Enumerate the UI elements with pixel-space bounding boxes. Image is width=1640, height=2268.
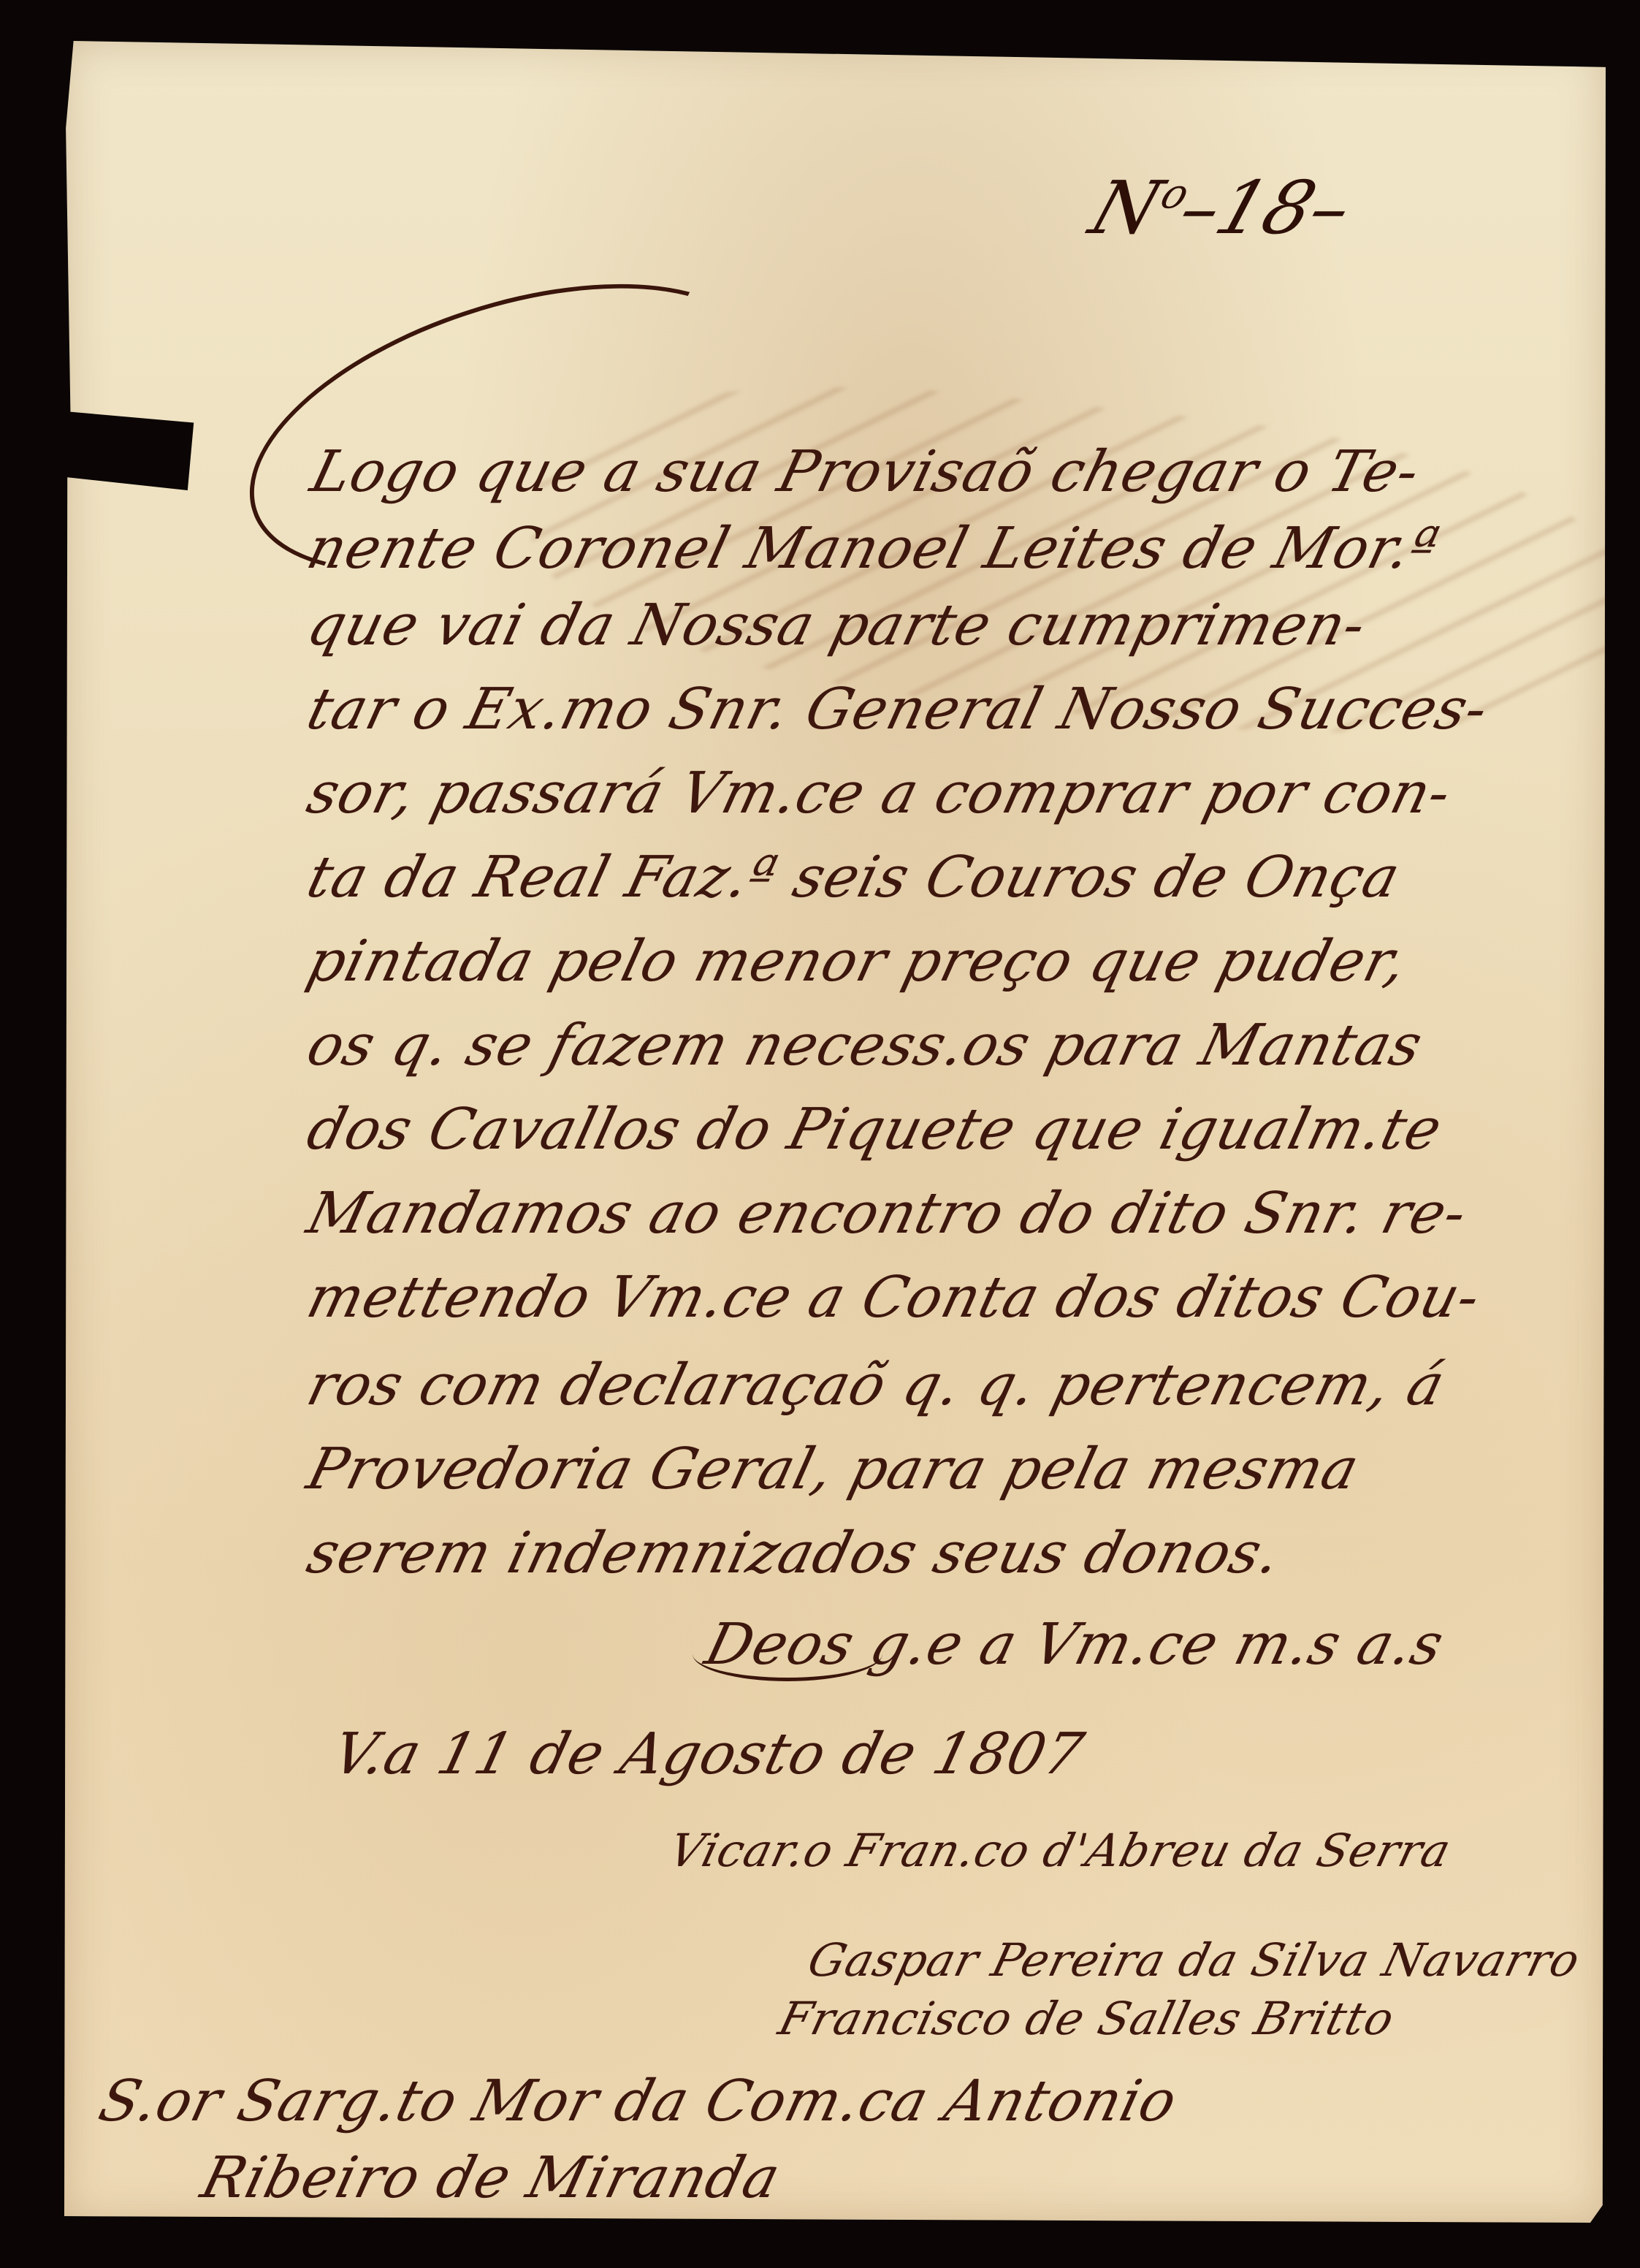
body-line: mettendo Vm.ce a Conta dos ditos Cou- <box>301 1265 1487 1331</box>
closing-flourish <box>693 1626 882 1681</box>
doc-number-value: –18– <box>1169 165 1362 251</box>
body-line: tar o Ex.mo Snr. General Nosso Succes- <box>301 677 1495 742</box>
body-line: ros com declaraçaõ q. q. pertencem, á <box>301 1352 1452 1418</box>
signature: Francisco de Salles Britto <box>774 1992 1400 2045</box>
manuscript-page: No–18– Logo que a sua Provisaõ chegar o … <box>64 41 1606 2223</box>
date-line: V.a 11 de Agosto de 1807 <box>327 1721 1091 1787</box>
body-line: Provedoria Geral, para pela mesma <box>301 1436 1366 1502</box>
body-line: que vai da Nossa parte cumprimen- <box>301 593 1373 658</box>
body-line: sor, passará Vm.ce a comprar por con- <box>301 761 1458 826</box>
body-line: pintada pelo menor preço que puder, <box>301 929 1414 994</box>
signature: Vicar.o Fran.co d'Abreu da Serra <box>664 1824 1457 1877</box>
body-line: serem indemnizados seus donos. <box>301 1521 1288 1586</box>
body-line: ta da Real Faz.ª seis Couros de Onça <box>301 845 1407 910</box>
body-line: dos Cavallos do Piquete que igualm.te <box>301 1097 1449 1162</box>
body-line: os q. se fazem necess.os para Mantas <box>301 1013 1429 1078</box>
signature: Gaspar Pereira da Silva Navarro <box>803 1933 1586 1987</box>
addressee-line: Ribeiro de Miranda <box>195 2145 787 2211</box>
body-line: nente Coronel Manoel Leites de Mor.ª <box>301 516 1446 582</box>
body-line: Logo que a sua Provisaõ chegar o Te- <box>305 439 1427 505</box>
addressee-line: S.or Sarg.to Mor da Com.ca Antonio <box>93 2069 1184 2134</box>
body-line: Mandamos ao encontro do dito Snr. re- <box>301 1181 1474 1247</box>
document-number: No–18– <box>1080 165 1362 251</box>
